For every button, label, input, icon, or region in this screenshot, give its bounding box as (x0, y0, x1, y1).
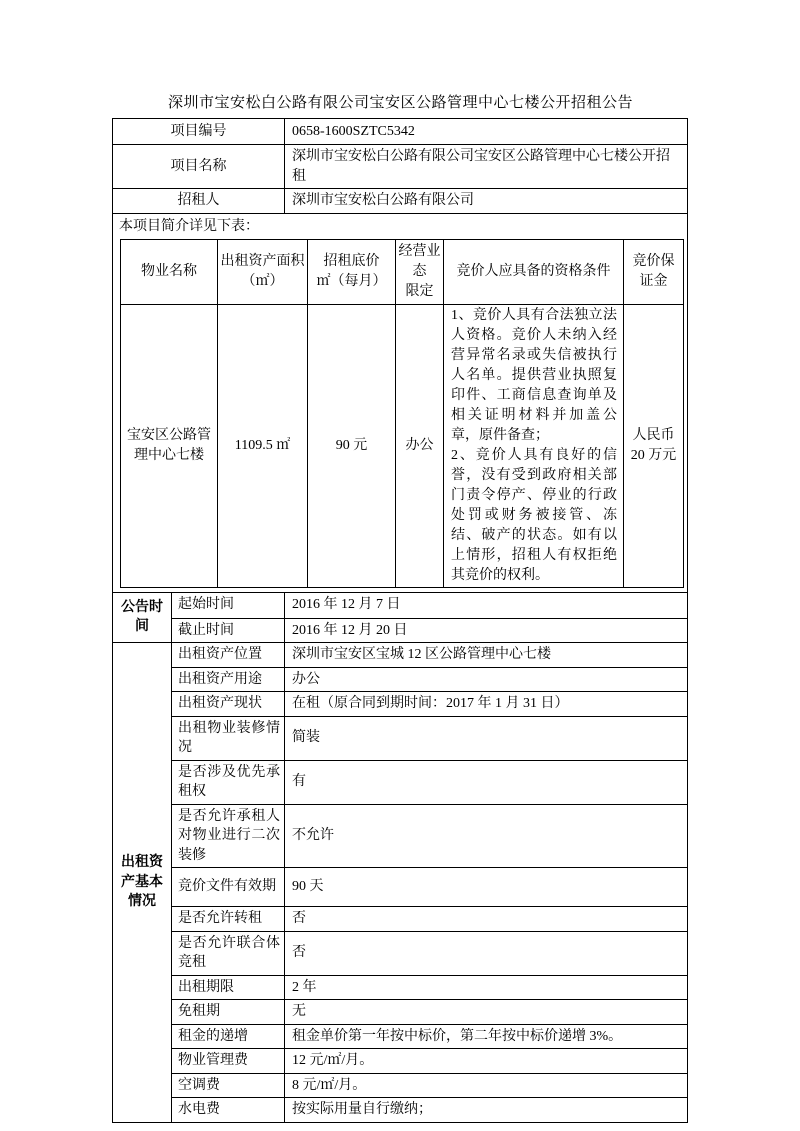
asset-value: 租金单价第一年按中标价，第二年按中标价递增 3%。 (285, 1024, 688, 1049)
asset-row-rent-free: 免租期 无 (113, 1000, 688, 1025)
asset-value: 在租（原合同到期时间：2017 年 1 月 31 日） (285, 692, 688, 717)
asset-value: 否 (285, 931, 688, 975)
asset-value: 按实际用量自行缴纳； (285, 1098, 688, 1123)
asset-value: 不允许 (285, 804, 688, 868)
summary-data-row: 宝安区公路管 理中心七楼 1109.5 ㎡ 90 元 办公 1、竞价人具有合法独… (121, 304, 684, 587)
project-name-value: 深圳市宝安松白公路有限公司宝安区公路管理中心七楼公开招租 (285, 145, 688, 189)
header-qualifications: 竞价人应具备的资格条件 (444, 239, 624, 304)
asset-row-decoration: 出租物业装修情况 简装 (113, 716, 688, 760)
lessor-row: 招租人 深圳市宝安松白公路有限公司 (113, 189, 688, 214)
asset-row-consortium: 是否允许联合体竞租 否 (113, 931, 688, 975)
project-number-value: 0658-1600SZTC5342 (285, 119, 688, 145)
intro-row: 本项目简介详见下表： 物业名称 出租资产面积 （㎡） 招租底价 ㎡（每月） 经营… (113, 213, 688, 592)
asset-row-sublease: 是否允许转租 否 (113, 907, 688, 932)
asset-row-status: 出租资产现状 在租（原合同到期时间：2017 年 1 月 31 日） (113, 692, 688, 717)
header-area: 出租资产面积 （㎡） (218, 239, 308, 304)
qualifications-value: 1、竞价人具有合法独立法人资格。竞价人未纳入经营异常名录或失信被执行人名单。提供… (444, 304, 624, 587)
asset-value: 有 (285, 760, 688, 804)
asset-value: 办公 (285, 667, 688, 692)
asset-value: 12 元/㎡/月。 (285, 1049, 688, 1074)
header-property-name: 物业名称 (121, 239, 218, 304)
main-table: 项目编号 0658-1600SZTC5342 项目名称 深圳市宝安松白公路有限公… (112, 118, 688, 1123)
asset-row-secondary-decoration: 是否允许承租人对物业进行二次装修 不允许 (113, 804, 688, 868)
intro-note: 本项目简介详见下表： (119, 216, 683, 237)
area-value: 1109.5 ㎡ (218, 304, 308, 587)
end-time-value: 2016 年 12 月 20 日 (285, 618, 688, 643)
asset-label: 是否允许承租人对物业进行二次装修 (172, 804, 285, 868)
asset-row-property-fee: 物业管理费 12 元/㎡/月。 (113, 1049, 688, 1074)
announcement-period-group-label: 公告时间 (113, 592, 172, 643)
asset-label: 出租物业装修情况 (172, 716, 285, 760)
end-time-label: 截止时间 (172, 618, 285, 643)
asset-label: 租金的递增 (172, 1024, 285, 1049)
asset-row-utilities-fee: 水电费 按实际用量自行缴纳； (113, 1098, 688, 1123)
lessor-value: 深圳市宝安松白公路有限公司 (285, 189, 688, 214)
asset-row-rent-increase: 租金的递增 租金单价第一年按中标价，第二年按中标价递增 3%。 (113, 1024, 688, 1049)
asset-label: 出租期限 (172, 975, 285, 1000)
summary-header-row: 物业名称 出租资产面积 （㎡） 招租底价 ㎡（每月） 经营业态 限定 竞价人应具… (121, 239, 684, 304)
announcement-start-row: 公告时间 起始时间 2016 年 12 月 7 日 (113, 592, 688, 618)
asset-row-bid-validity: 竞价文件有效期 90 天 (113, 868, 688, 907)
asset-label: 出租资产现状 (172, 692, 285, 717)
asset-value: 90 天 (285, 868, 688, 907)
header-base-price: 招租底价 ㎡（每月） (308, 239, 396, 304)
asset-value: 无 (285, 1000, 688, 1025)
intro-cell: 本项目简介详见下表： 物业名称 出租资产面积 （㎡） 招租底价 ㎡（每月） 经营… (113, 213, 688, 592)
asset-label: 是否允许联合体竞租 (172, 931, 285, 975)
asset-label: 免租期 (172, 1000, 285, 1025)
asset-value: 深圳市宝安区宝城 12 区公路管理中心七楼 (285, 643, 688, 668)
asset-label: 是否允许转租 (172, 907, 285, 932)
header-business-type: 经营业态 限定 (396, 239, 444, 304)
project-name-label: 项目名称 (113, 145, 285, 189)
announcement-end-row: 截止时间 2016 年 12 月 20 日 (113, 618, 688, 643)
start-time-label: 起始时间 (172, 592, 285, 618)
asset-label: 出租资产位置 (172, 643, 285, 668)
asset-label: 是否涉及优先承租权 (172, 760, 285, 804)
asset-label: 物业管理费 (172, 1049, 285, 1074)
asset-row-lease-term: 出租期限 2 年 (113, 975, 688, 1000)
asset-label: 竞价文件有效期 (172, 868, 285, 907)
lessor-label: 招租人 (113, 189, 285, 214)
project-number-label: 项目编号 (113, 119, 285, 145)
header-deposit: 竞价保 证金 (624, 239, 684, 304)
asset-row-location: 出租资产基本情况 出租资产位置 深圳市宝安区宝城 12 区公路管理中心七楼 (113, 643, 688, 668)
asset-row-priority-lease: 是否涉及优先承租权 有 (113, 760, 688, 804)
start-time-value: 2016 年 12 月 7 日 (285, 592, 688, 618)
asset-label: 出租资产用途 (172, 667, 285, 692)
asset-row-ac-fee: 空调费 8 元/㎡/月。 (113, 1073, 688, 1098)
asset-value: 简装 (285, 716, 688, 760)
asset-label: 水电费 (172, 1098, 285, 1123)
base-price-value: 90 元 (308, 304, 396, 587)
asset-value: 否 (285, 907, 688, 932)
summary-table: 物业名称 出租资产面积 （㎡） 招租底价 ㎡（每月） 经营业态 限定 竞价人应具… (120, 239, 684, 588)
project-name-row: 项目名称 深圳市宝安松白公路有限公司宝安区公路管理中心七楼公开招租 (113, 145, 688, 189)
page-title: 深圳市宝安松白公路有限公司宝安区公路管理中心七楼公开招租公告 (112, 93, 689, 113)
asset-row-usage: 出租资产用途 办公 (113, 667, 688, 692)
asset-basic-info-group-label: 出租资产基本情况 (113, 643, 172, 1123)
project-number-row: 项目编号 0658-1600SZTC5342 (113, 119, 688, 145)
asset-label: 空调费 (172, 1073, 285, 1098)
document-page: 深圳市宝安松白公路有限公司宝安区公路管理中心七楼公开招租公告 项目编号 0658… (112, 93, 689, 1123)
business-type-value: 办公 (396, 304, 444, 587)
deposit-value: 人民币 20 万元 (624, 304, 684, 587)
asset-value: 2 年 (285, 975, 688, 1000)
property-name-value: 宝安区公路管 理中心七楼 (121, 304, 218, 587)
asset-value: 8 元/㎡/月。 (285, 1073, 688, 1098)
